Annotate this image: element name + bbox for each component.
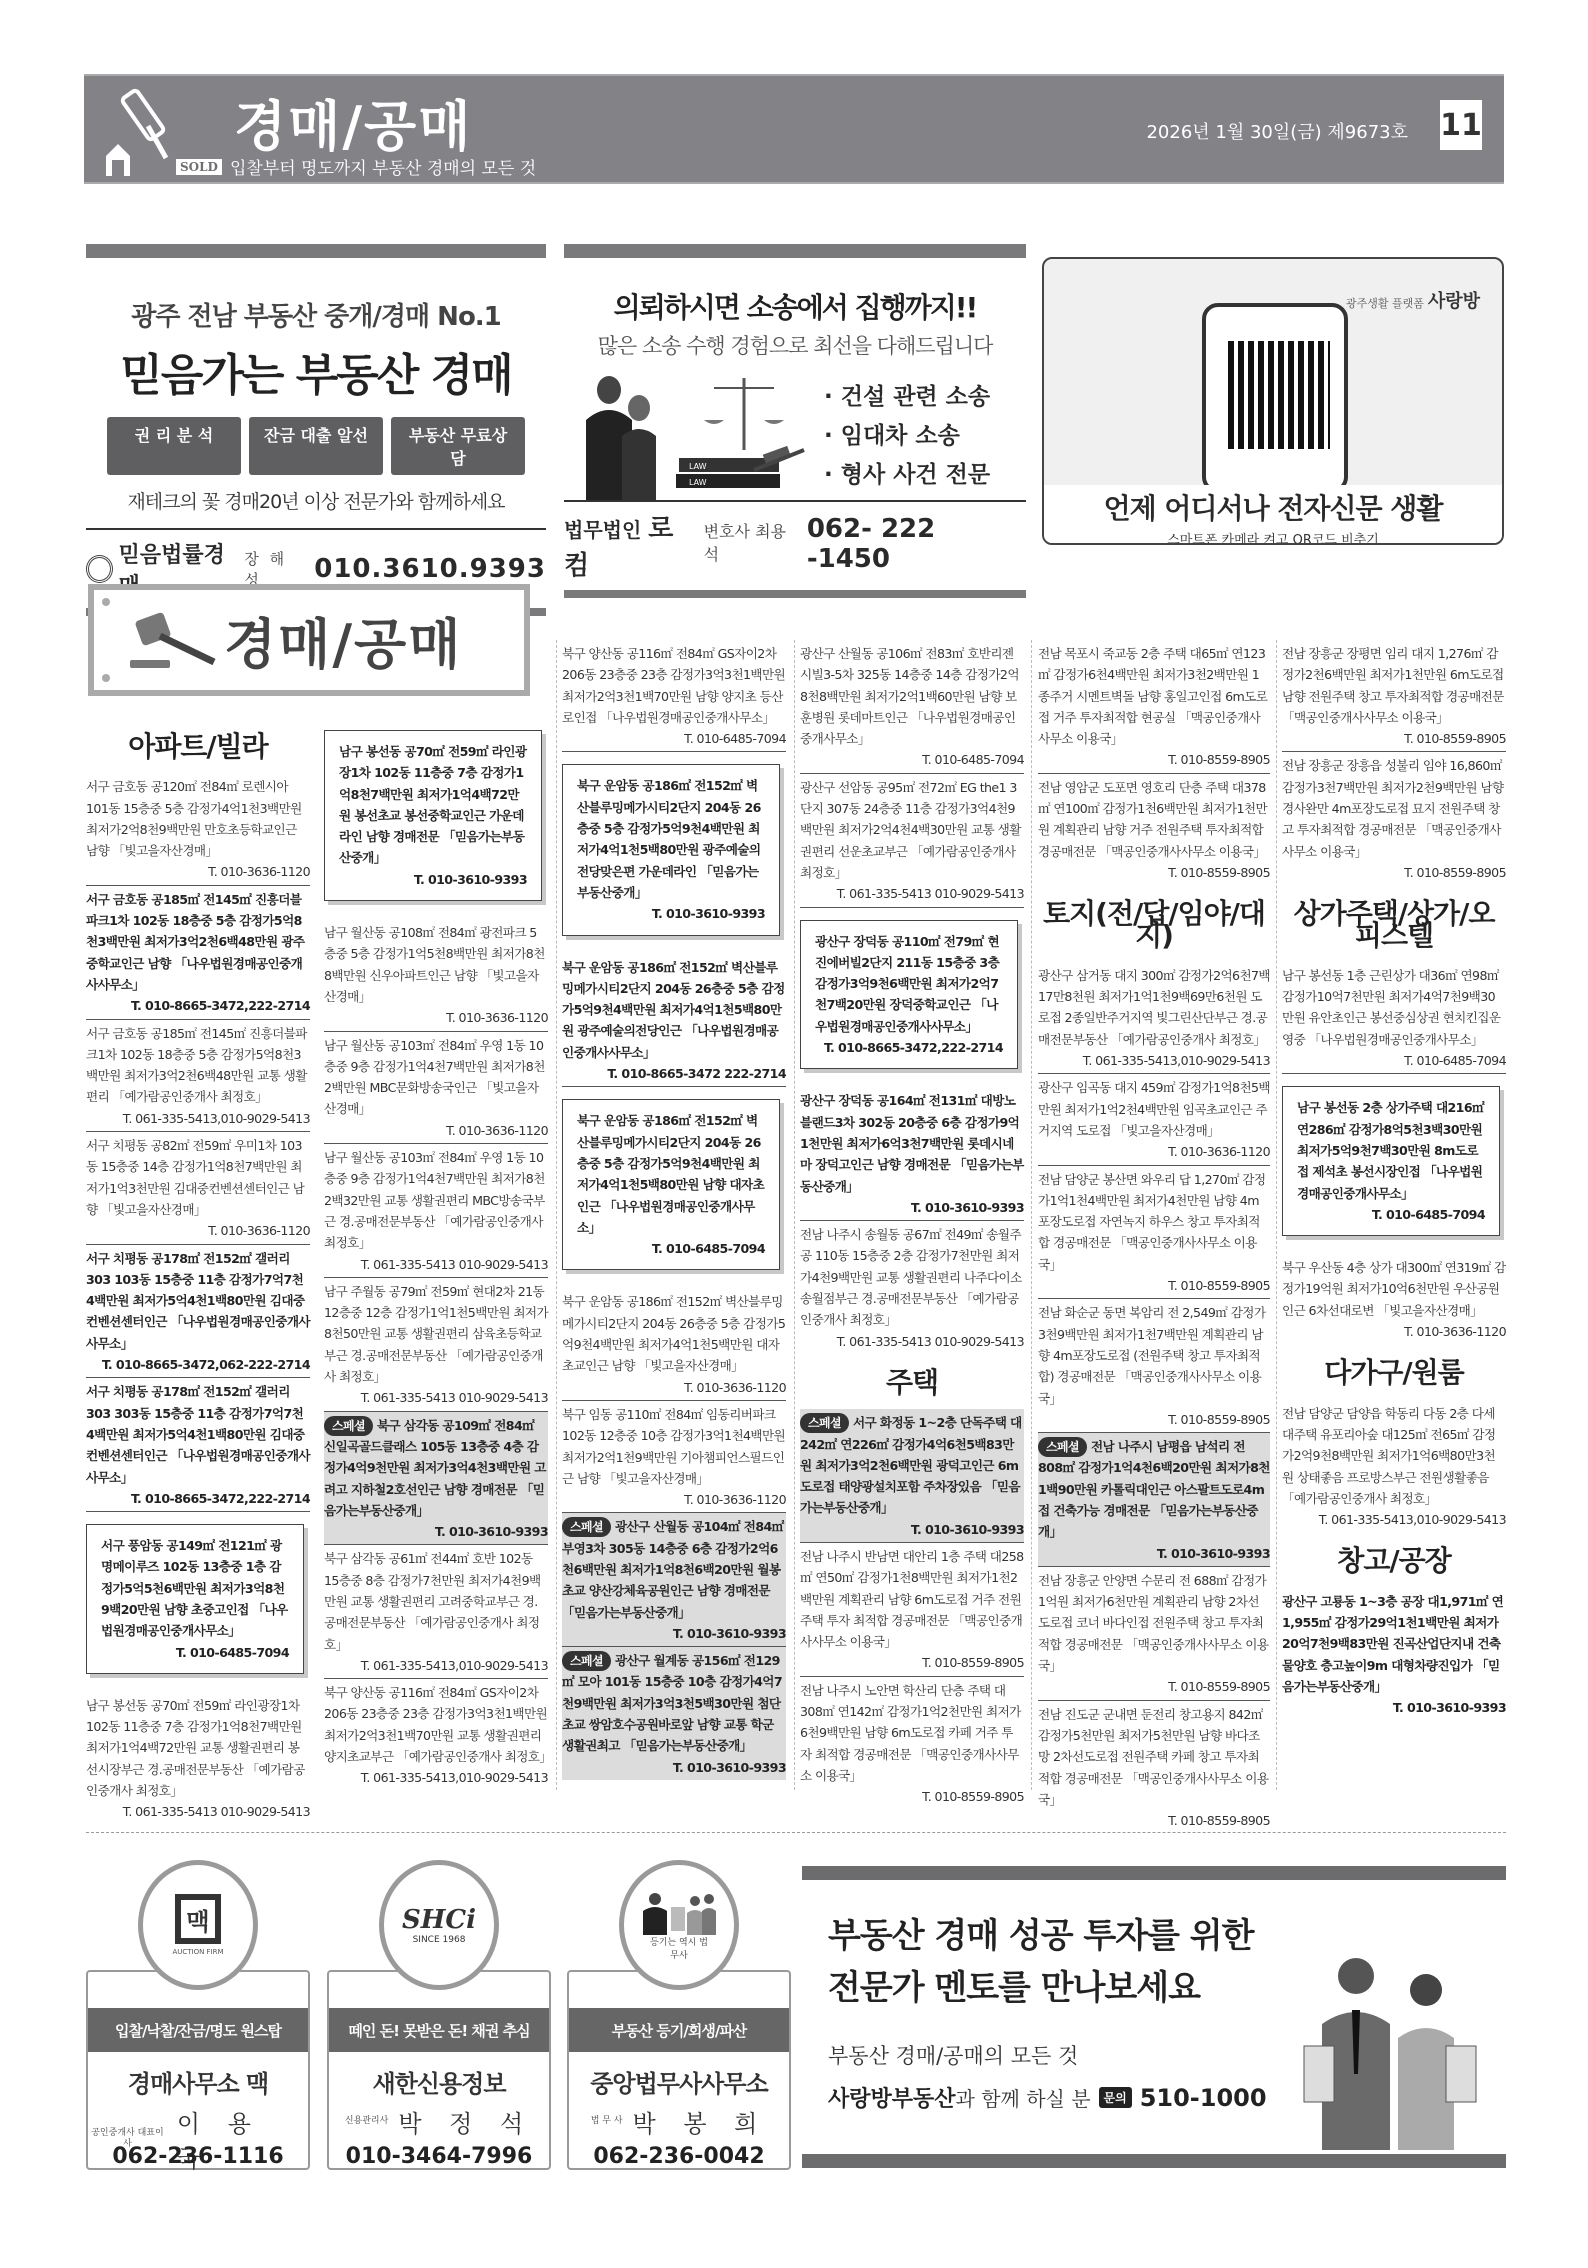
card-role: 신용관리사 [345, 2116, 388, 2127]
listing-phone[interactable]: T. 061-335-5413 010-9029-5413 [324, 1387, 548, 1408]
column-divider [1031, 640, 1032, 1790]
listing-text: 서구 치평동 공82㎡ 전59㎡ 우미1차 103동 15층중 14층 감정가1… [86, 1138, 304, 1217]
listing-item[interactable]: 전남 목포시 죽교동 2층 주택 대65㎡ 연123㎡ 감정가6천4백만원 최저… [1038, 640, 1270, 774]
listing-text: 북구 운암동 공186㎡ 전152㎡ 벽산블루밍메가시티2단지 204동 26층… [577, 778, 761, 899]
sold-badge: SOLD [176, 159, 222, 175]
listing-item[interactable]: 남구 주월동 공79㎡ 전59㎡ 현대2차 21동 12층중 12층 감정가1억… [324, 1278, 548, 1412]
card-person: 박 봉 희 [633, 2104, 768, 2139]
special-badge: 스페셜 [324, 1416, 373, 1436]
ad-tags: 권 리 분 석 잔금 대출 알선 부동산 무료상담 [86, 417, 546, 475]
listing-phone[interactable]: T. 010-8559-8905 [1282, 728, 1506, 749]
listing-phone[interactable]: T. 010-8665-3472,222-2714 [86, 1488, 310, 1509]
phone[interactable]: 010.3610.9393 [314, 554, 546, 584]
ad-e-newspaper-qr[interactable]: 광주생활 플랫폼사랑방 언제 어디서나 전자신문 생활 스마트폰 카메라 켜고 … [1042, 257, 1504, 545]
scales-gavel-icon: LAW LAW [564, 370, 824, 500]
listing-text: 전남 장흥군 장흥읍 성불리 임야 16,860㎡ 감정가3천7백만원 최저가2… [1282, 758, 1504, 858]
listing-item[interactable]: 광산구 삼거동 대지 300㎡ 감정가2억6천7백17만8천원 최저가1억1천9… [1038, 962, 1270, 1074]
service-item: · 건설 관련 소송 [824, 378, 1026, 411]
services-list: · 건설 관련 소송 · 임대차 소송 · 형사 사건 전문 [824, 370, 1026, 500]
ad-lawcom[interactable]: 의뢰하시면 소송에서 집행까지!! 많은 소송 수행 경험으로 최선을 다해드립… [564, 244, 1026, 544]
ad-title: 믿음가는 부동산 경매 [86, 339, 546, 403]
listing-text: 전남 목포시 죽교동 2층 주택 대65㎡ 연123㎡ 감정가6천4백만원 최저… [1038, 646, 1267, 746]
listing-item[interactable]: 남구 봉선동 2층 상가주택 대216㎡ 연286㎡ 감정가8억5천3백30만원… [1282, 1086, 1500, 1236]
card-name: 중앙법무사사무소 [569, 2064, 789, 2099]
column-2: 남구 봉선동 공70㎡ 전59㎡ 라인광장1차 102동 11층중 7층 감정가… [324, 718, 548, 1791]
listing-item[interactable]: 남구 월산동 공103㎡ 전84㎡ 우영 1동 10층중 9층 감정가1억4천7… [324, 1032, 548, 1144]
listing-item[interactable]: 남구 봉선동 공70㎡ 전59㎡ 라인광장1차 102동 11층중 7층 감정가… [324, 730, 542, 901]
masthead-subtitle: 입찰부터 명도까지 부동산 경매의 모든 것 [230, 154, 536, 179]
listing-item[interactable]: 북구 운암동 공186㎡ 전152㎡ 벽산블루밍메가시티2단지 204동 26층… [562, 1099, 780, 1270]
card-person: 박 정 석 [398, 2104, 533, 2139]
listing-phone[interactable]: T. 010-8559-8905 [1038, 862, 1270, 883]
listing-phone[interactable]: T. 061-335-5413 010-9029-5413 [324, 1254, 548, 1275]
listing-text: 북구 삼각동 공61㎡ 전44㎡ 호반 102동 15층중 8층 감정가7천만원… [324, 1551, 541, 1651]
listing-phone[interactable]: T. 010-8559-8905 [1038, 1409, 1270, 1430]
listing-text: 남구 월산동 공103㎡ 전84㎡ 우영 1동 10층중 9층 감정가1억4천7… [324, 1038, 545, 1117]
listing-item[interactable]: 남구 월산동 공103㎡ 전84㎡ 우영 1동 10층중 9층 감정가1억4천7… [324, 1144, 548, 1278]
listing-phone[interactable]: T. 010-3610-9393 [562, 1623, 786, 1644]
lawyer-name: 변호사 최용석 [704, 519, 801, 565]
listing-text: 광산구 장덕동 공164㎡ 전131㎡ 대방노블랜드3차 302동 20층중 6… [800, 1093, 1024, 1193]
listing-text: 북구 양산동 공116㎡ 전84㎡ GS자이2차 206동 23층중 23층 감… [324, 1685, 551, 1764]
listing-text: 전남 진도군 군내면 둔전리 창고용지 842㎡ 감정가5천만원 최저가5천만원… [1038, 1707, 1268, 1807]
category-title: 상가주택/상가/오피스텔 [1282, 903, 1506, 946]
card-role: 법 무 사 [591, 2116, 623, 2127]
listing-text: 광산구 임곡동 대지 459㎡ 감정가1억8천5백만원 최저가1억2천4백만원 … [1038, 1080, 1270, 1138]
smartphone-icon [1202, 303, 1348, 493]
listing-item[interactable]: 전남 장흥군 장평면 임리 대지 1,276㎡ 감정가2천6백만원 최저가1천만… [1282, 640, 1506, 752]
listing-phone[interactable]: T. 010-6485-7094 [577, 1238, 765, 1259]
listing-item[interactable]: 북구 우산동 4층 상가 대300㎡ 연319㎡ 감정가19억원 최저가10억6… [1282, 1254, 1506, 1344]
listing-text: 서구 풍암동 공149㎡ 전121㎡ 광명메이루즈 102동 13층중 1층 감… [101, 1538, 288, 1638]
listing-phone[interactable]: T. 010-8559-8905 [1038, 1676, 1270, 1697]
service-item: · 형사 사건 전문 [824, 456, 1026, 489]
listing-phone[interactable]: T. 010-8559-8905 [1038, 749, 1270, 770]
column-3: 북구 양산동 공116㎡ 전84㎡ GS자이2차 206동 23층중 23층 감… [562, 640, 786, 1780]
listing-phone[interactable]: T. 010-3610-9393 [577, 903, 765, 924]
inquiry-badge: 문의 [1099, 2087, 1132, 2108]
listing-text: 북구 임동 공110㎡ 전84㎡ 임동리버파크 102동 12층중 10층 감정… [562, 1407, 785, 1486]
listing-text: 전남 나주시 송월동 공67㎡ 전49㎡ 송월주공 110동 15층중 2층 감… [800, 1227, 1022, 1327]
listing-item[interactable]: 스페셜광산구 월계동 공156㎡ 전129㎡ 모아 101동 15층중 10층 … [562, 1647, 786, 1780]
listing-item[interactable]: 전남 나주시 반남면 대안리 1층 주택 대258㎡ 연50㎡ 감정가1천8백만… [800, 1543, 1024, 1677]
listing-phone[interactable]: T. 061-335-5413,010-9029-5413 [324, 1767, 548, 1788]
logo-circle: 맥 AUCTION FIRM [138, 1860, 258, 1990]
listing-text: 광산구 삼거동 대지 300㎡ 감정가2억6천7백17만8천원 최저가1억1천9… [1038, 968, 1270, 1047]
card-saehan-credit[interactable]: SHCi SINCE 1968 떼인 돈! 못받은 돈! 채권 추심 새한신용정… [327, 1860, 551, 2170]
card-phone[interactable]: 010-3464-7996 [329, 2144, 549, 2169]
brand: 사랑방부동산 [828, 2087, 956, 2112]
listing-text: 광산구 산월동 공106㎡ 전83㎡ 호반리젠시빌3-5차 325동 14층중 … [800, 646, 1019, 746]
masthead: 경매/공매 SOLD 입찰부터 명도까지 부동산 경매의 모든 것 2026년 … [84, 74, 1504, 184]
ad-footer: 법무법인 로컴 변호사 최용석 062- 222 -1450 [564, 500, 1026, 582]
listing-item[interactable]: 스페셜북구 삼각동 공109㎡ 전84㎡ 신일곡골드클래스 105동 13층중 … [324, 1412, 548, 1546]
column-4: 광산구 산월동 공106㎡ 전83㎡ 호반리젠시빌3-5차 325동 14층중 … [800, 640, 1024, 1810]
logo-subtext: 등기는 역시 법무사 [649, 1935, 709, 1961]
logo-subtext: AUCTION FIRM [172, 1948, 223, 1956]
special-badge: 스페셜 [562, 1651, 611, 1671]
listing-item[interactable]: 전남 나주시 송월동 공67㎡ 전49㎡ 송월주공 110동 15층중 2층 감… [800, 1221, 1024, 1354]
listing-item[interactable]: 광산구 산월동 공106㎡ 전83㎡ 호반리젠시빌3-5차 325동 14층중 … [800, 640, 1024, 774]
listing-item[interactable]: 광산구 임곡동 대지 459㎡ 감정가1억8천5백만원 최저가1억2천4백만원 … [1038, 1074, 1270, 1165]
listing-text: 광산구 선암동 공95㎡ 전72㎡ EG the1 3단지 307동 24층중 … [800, 780, 1021, 880]
listing-item[interactable]: 서구 풍암동 공149㎡ 전121㎡ 광명메이루즈 102동 13층중 1층 감… [86, 1524, 304, 1674]
listing-item[interactable]: 전남 담양군 봉산면 와우리 답 1,270㎡ 감정가1억1천4백만원 최저가4… [1038, 1166, 1270, 1300]
ad-bottom-bar [564, 590, 1026, 598]
law-book-label: LAW [689, 462, 707, 471]
category-title: 주택 [800, 1372, 1024, 1393]
listing-item[interactable]: 북구 삼각동 공61㎡ 전44㎡ 호반 102동 15층중 8층 감정가7천만원… [324, 1545, 548, 1679]
qr-code[interactable] [1228, 341, 1330, 449]
listing-phone[interactable]: T. 010-3636-1120 [1282, 1321, 1506, 1342]
listing-item[interactable]: 전남 화순군 동면 복암리 전 2,549㎡ 감정가3천9백만원 최저가1천7백… [1038, 1299, 1270, 1433]
card-name: 경매사무소 맥 [88, 2064, 308, 2099]
ad-sarangbang-mentor[interactable]: 부동산 경매 성공 투자를 위한 전문가 멘토를 만나보세요 부동산 경매/공매… [802, 1866, 1506, 2168]
gavel-icon [124, 610, 220, 674]
listing-phone[interactable]: T. 010-3610-9393 [800, 1197, 1024, 1218]
phone[interactable]: 510-1000 [1140, 2084, 1267, 2112]
column-divider [1276, 640, 1277, 1790]
special-badge: 스페셜 [800, 1413, 849, 1433]
listing-item[interactable]: 남구 봉선동 1층 근린상가 대36㎡ 연98㎡ 감정가10억7천만원 최저가4… [1282, 962, 1506, 1074]
listing-phone[interactable]: T. 010-8559-8905 [1282, 862, 1506, 883]
listing-text: 서구 치평동 공178㎡ 전152㎡ 갤러리303 303동 15층중 11층 … [86, 1384, 310, 1484]
category-title: 토지(전/답/임야/대지) [1038, 903, 1270, 946]
card-name: 새한신용정보 [329, 2064, 549, 2099]
listing-phone[interactable]: T. 010-8665-3472,222-2714 [815, 1037, 1003, 1058]
listing-text: 남구 봉선동 1층 근린상가 대36㎡ 연98㎡ 감정가10억7천만원 최저가4… [1282, 968, 1500, 1047]
ad-mideum-auction[interactable]: 광주 전남 부동산 중개/경매 No.1 믿음가는 부동산 경매 권 리 분 석… [86, 244, 546, 544]
card-phone[interactable]: 062-236-0042 [569, 2144, 789, 2169]
card-strip: 입찰/낙찰/잔금/명도 원스탑 [88, 2008, 308, 2052]
listing-item[interactable]: 광산구 장덕동 공164㎡ 전131㎡ 대방노블랜드3차 302동 20층중 6… [800, 1087, 1024, 1221]
listing-text: 북구 운암동 공186㎡ 전152㎡ 벽산블루밍메가시티2단지 204동 26층… [577, 1113, 764, 1234]
ad-description: 재테크의 꽃 경매20년 이상 전문가와 함께하세요 [86, 487, 546, 514]
listing-item[interactable]: 광산구 고룡동 1~3층 공장 대1,971㎡ 연1,955㎡ 감정가29억1천… [1282, 1588, 1506, 1721]
listing-phone[interactable]: T. 010-3610-9393 [800, 1519, 1024, 1540]
listing-text: 북구 우산동 4층 상가 대300㎡ 연319㎡ 감정가19억원 최저가10억6… [1282, 1260, 1506, 1318]
card-strip: 부동산 등기/회생/파산 [569, 2008, 789, 2052]
listing-text: 광산구 장덕동 공110㎡ 전79㎡ 현진에버빌2단지 211동 15층중 3층… [815, 934, 999, 1034]
listing-phone[interactable]: T. 061-335-5413 010-9029-5413 [800, 1331, 1024, 1352]
listing-item[interactable]: 스페셜전남 나주시 남평읍 남석리 전 808㎡ 감정가1억4천6백20만원 최… [1038, 1433, 1270, 1567]
listing-phone[interactable]: T. 010-3636-1120 [562, 1377, 786, 1398]
listing-phone[interactable]: T. 010-3610-9393 [562, 1757, 786, 1778]
listing-text: 남구 봉선동 공70㎡ 전59㎡ 라인광장1차 102동 11층중 7층 감정가… [339, 744, 526, 865]
listing-item[interactable]: 전남 나주시 노안면 학산리 단층 주택 대308㎡ 연142㎡ 감정가1억2천… [800, 1677, 1024, 1810]
lawyers-illustration: LAW LAW [564, 370, 824, 500]
listing-item[interactable]: 서구 금호동 공185㎡ 전145㎡ 진흥더블파크1차 102동 18층중 5층… [86, 1020, 310, 1132]
ad-bottom-bar [802, 2154, 1506, 2168]
listing-phone[interactable]: T. 010-3610-9393 [1038, 1543, 1270, 1564]
listing-text: 전남 나주시 노안면 학산리 단층 주택 대308㎡ 연142㎡ 감정가1억2천… [800, 1683, 1021, 1783]
listing-item[interactable]: 서구 치평동 공82㎡ 전59㎡ 우미1차 103동 15층중 14층 감정가1… [86, 1132, 310, 1244]
listing-phone[interactable]: T. 061-335-5413 010-9029-5413 [86, 1801, 310, 1822]
firm-name: 법무법인 로컴 [564, 508, 698, 582]
card-phone[interactable]: 062-236-1116 [88, 2144, 308, 2169]
listing-phone[interactable]: T. 010-6485-7094 [1297, 1204, 1485, 1225]
masthead-subtitle-row: SOLD 입찰부터 명도까지 부동산 경매의 모든 것 [176, 154, 536, 179]
mac-logo-icon: 맥 [175, 1894, 221, 1944]
listing-text: 서구 금호동 공185㎡ 전145㎡ 진흥더블파크1차 102동 18층중 5층… [86, 892, 304, 992]
listing-text: 전남 화순군 동면 복암리 전 2,549㎡ 감정가3천9백만원 최저가1천7백… [1038, 1305, 1265, 1405]
listing-phone[interactable]: T. 010-8665-3472,222-2714 [86, 995, 310, 1016]
ad-headline: 의뢰하시면 소송에서 집행까지!! [564, 286, 1026, 326]
card-mac-auction[interactable]: 맥 AUCTION FIRM 입찰/낙찰/잔금/명도 원스탑 경매사무소 맥 공… [86, 1860, 310, 2170]
svg-text:LAW: LAW [689, 478, 707, 487]
listing-phone[interactable]: T. 010-8559-8905 [1038, 1810, 1270, 1831]
listing-item[interactable]: 북구 운암동 공186㎡ 전152㎡ 벽산블루밍메가시티2단지 204동 26층… [562, 764, 780, 935]
logo-circle: SHCi SINCE 1968 [379, 1860, 499, 1990]
listing-text: 광산구 고룡동 1~3층 공장 대1,971㎡ 연1,955㎡ 감정가29억1천… [1282, 1594, 1503, 1694]
listing-phone[interactable]: T. 061-335-5413,010-9029-5413 [86, 1108, 310, 1129]
listing-text: 북구 운암동 공186㎡ 전152㎡ 벽산블루밍메가시티2단지 204동 26층… [562, 960, 785, 1060]
listing-text: 전남 영암군 도포면 영호리 단층 주택 대378㎡ 연100㎡ 감정가1천6백… [1038, 780, 1267, 859]
listing-item[interactable]: 북구 운암동 공186㎡ 전152㎡ 벽산블루밍메가시티2단지 204동 26층… [562, 1288, 786, 1400]
listing-item[interactable]: 서구 치평동 공178㎡ 전152㎡ 갤러리303 103동 15층중 11층 … [86, 1245, 310, 1379]
listing-item[interactable]: 스페셜광산구 산월동 공104㎡ 전84㎡ 부영3차 305동 14층중 6층 … [562, 1513, 786, 1647]
listing-phone[interactable]: T. 010-3636-1120 [86, 1220, 310, 1241]
category-title: 다가구/원룸 [1282, 1362, 1506, 1383]
seal-icon [86, 555, 113, 583]
card-strip: 떼인 돈! 못받은 돈! 채권 추심 [329, 2008, 549, 2052]
listing-phone[interactable]: T. 010-8665-3472,062-222-2714 [86, 1354, 310, 1375]
listing-item[interactable]: 남구 월산동 공108㎡ 전84㎡ 광전파크 5층중 5층 감정가1억5천8백만… [324, 919, 548, 1031]
ad-top-bar [564, 244, 1026, 258]
column-divider [556, 640, 557, 1790]
ad-top-bar [802, 1866, 1506, 1880]
listing-phone[interactable]: T. 010-6485-7094 [101, 1642, 289, 1663]
ad-top-bar [86, 244, 546, 258]
listing-phone[interactable]: T. 061-335-5413 010-9029-5413 [800, 883, 1024, 904]
listing-text: 남구 봉선동 2층 상가주택 대216㎡ 연286㎡ 감정가8억5천3백30만원… [1297, 1100, 1484, 1200]
listing-text: 서구 금호동 공185㎡ 전145㎡ 진흥더블파크1차 102동 18층중 5층… [86, 1026, 307, 1105]
shci-logo-icon: SHCi [402, 1905, 476, 1935]
listing-phone[interactable]: T. 010-3636-1120 [1038, 1141, 1270, 1162]
listing-text: 북구 운암동 공186㎡ 전152㎡ 벽산블루밍메가시티2단지 204동 26층… [562, 1294, 785, 1373]
column-1: 아파트/빌라서구 금호동 공120㎡ 전84㎡ 로렌시아 101동 15층중 5… [86, 718, 310, 1825]
service-item: · 임대차 소송 [824, 417, 1026, 450]
listing-item[interactable]: 전남 담양군 담양읍 학동리 다동 2층 다세대주택 유포리아숲 대125㎡ 전… [1282, 1400, 1506, 1533]
section-divider [86, 1832, 1506, 1833]
listing-phone[interactable]: T. 010-3610-9393 [1282, 1697, 1506, 1718]
ad-subhead: 많은 소송 수행 경험으로 최선을 다해드립니다 [564, 330, 1026, 360]
listing-text: 전남 담양군 봉산면 와우리 답 1,270㎡ 감정가1억1천4백만원 최저가4… [1038, 1172, 1265, 1272]
listing-text: 전남 나주시 반남면 대안리 1층 주택 대258㎡ 연50㎡ 감정가1천8백만… [800, 1549, 1024, 1649]
special-badge: 스페셜 [1038, 1437, 1087, 1457]
category-title: 창고/공장 [1282, 1550, 1506, 1571]
listing-text: 남구 주월동 공79㎡ 전59㎡ 현대2차 21동 12층중 12층 감정가1억… [324, 1284, 548, 1384]
listing-phone[interactable]: T. 010-8559-8905 [1038, 1275, 1270, 1296]
ad-headline: 언제 어디서나 전자신문 생활 [1044, 487, 1502, 527]
listing-phone[interactable]: T. 061-335-5413,010-9029-5413 [324, 1655, 548, 1676]
listing-phone[interactable]: T. 061-335-5413,010-9029-5413 [1038, 1050, 1270, 1071]
listing-phone[interactable]: T. 010-3610-9393 [339, 869, 527, 890]
listing-phone[interactable]: T. 010-8665-3472 222-2714 [562, 1063, 786, 1084]
tag-loan: 잔금 대출 알선 [249, 417, 383, 475]
gavel-house-icon [104, 86, 184, 176]
section-header-plate: 경매/공매 [88, 584, 530, 696]
listing-text: 서구 치평동 공178㎡ 전152㎡ 갤러리303 103동 15층중 11층 … [86, 1251, 310, 1351]
category-title: 아파트/빌라 [86, 736, 310, 757]
listing-item[interactable]: 스페셜서구 화정동 1~2층 단독주택 대242㎡ 연226㎡ 감정가4억6천5… [800, 1409, 1024, 1543]
listing-phone[interactable]: T. 010-3636-1120 [562, 1489, 786, 1510]
issue-date: 2026년 1월 30일(금) 제9673호 [1146, 118, 1408, 144]
listing-phone[interactable]: T. 010-3636-1120 [86, 861, 310, 882]
listing-phone[interactable]: T. 010-6485-7094 [562, 728, 786, 749]
listing-text: 전남 장흥군 장평면 임리 대지 1,276㎡ 감정가2천6백만원 최저가1천만… [1282, 646, 1504, 725]
phone[interactable]: 062- 222 -1450 [807, 514, 1026, 574]
listing-item[interactable]: 남구 봉선동 공70㎡ 전59㎡ 라인광장1차 102동 11층중 7층 감정가… [86, 1692, 310, 1825]
listing-item[interactable]: 광산구 선암동 공95㎡ 전72㎡ EG the1 3단지 307동 24층중 … [800, 774, 1024, 908]
listing-phone[interactable]: T. 010-6485-7094 [800, 749, 1024, 770]
column-6: 전남 장흥군 장평면 임리 대지 1,276㎡ 감정가2천6백만원 최저가1천만… [1282, 640, 1506, 1720]
listing-text: 전남 장흥군 안양면 수문리 전 688㎡ 감정가1억원 최저가6천만원 계획관… [1038, 1573, 1268, 1673]
tag-free-consult: 부동산 무료상담 [391, 417, 525, 475]
listing-text: 남구 봉선동 공70㎡ 전59㎡ 라인광장1차 102동 11층중 7층 감정가… [86, 1698, 305, 1798]
ad-headline: 광주 전남 부동산 중개/경매 No.1 [86, 296, 546, 333]
listing-phone[interactable]: T. 010-3636-1120 [324, 1007, 548, 1028]
listing-text: 서구 금호동 공120㎡ 전84㎡ 로렌시아 101동 15층중 5층 감정가4… [86, 779, 302, 858]
masthead-title: 경매/공매 [234, 84, 472, 161]
listing-text: 남구 월산동 공103㎡ 전84㎡ 우영 1동 10층중 9층 감정가1억4천7… [324, 1150, 545, 1250]
listing-item[interactable]: 서구 금호동 공120㎡ 전84㎡ 로렌시아 101동 15층중 5층 감정가4… [86, 773, 310, 885]
logo-subtext: SINCE 1968 [413, 1935, 466, 1945]
listing-item[interactable]: 전남 진도군 군내면 둔전리 창고용지 842㎡ 감정가5천만원 최저가5천만원… [1038, 1701, 1270, 1834]
column-5: 전남 목포시 죽교동 2층 주택 대65㎡ 연123㎡ 감정가6천4백만원 최저… [1038, 640, 1270, 1833]
listing-phone[interactable]: T. 010-8559-8905 [800, 1786, 1024, 1807]
page-number: 11 [1440, 100, 1482, 150]
listing-item[interactable]: 전남 장흥군 안양면 수문리 전 688㎡ 감정가1억원 최저가6천만원 계획관… [1038, 1567, 1270, 1701]
rivet-icon [102, 598, 110, 606]
special-badge: 스페셜 [562, 1517, 611, 1537]
rivet-icon [102, 674, 110, 682]
column-divider [794, 640, 795, 1790]
listing-phone[interactable]: T. 010-6485-7094 [1282, 1050, 1506, 1071]
card-jungang-law[interactable]: 등기는 역시 법무사 부동산 등기/회생/파산 중앙법무사사무소 법 무 사박 … [567, 1860, 791, 2170]
listing-text: 전남 담양군 담양읍 학동리 다동 2층 다세대주택 유포리아숲 대125㎡ 전… [1282, 1406, 1495, 1506]
business-people-illustration [1286, 1954, 1486, 2150]
listing-item[interactable]: 전남 장흥군 장흥읍 성불리 임야 16,860㎡ 감정가3천7백만원 최저가2… [1282, 752, 1506, 885]
listing-text: 남구 월산동 공108㎡ 전84㎡ 광전파크 5층중 5층 감정가1억5천8백만… [324, 925, 545, 1004]
listing-item[interactable]: 광산구 장덕동 공110㎡ 전79㎡ 현진에버빌2단지 211동 15층중 3층… [800, 920, 1018, 1070]
meeting-illustration-icon [639, 1889, 719, 1935]
listing-phone[interactable]: T. 010-3610-9393 [324, 1521, 548, 1542]
ad-caption: 스마트폰 카메라 켜고 QR코드 비추기 [1044, 529, 1502, 545]
section-header-title: 경매/공매 [224, 602, 462, 679]
listing-item[interactable]: 북구 양산동 공116㎡ 전84㎡ GS자이2차 206동 23층중 23층 감… [324, 1679, 548, 1790]
listing-item[interactable]: 전남 영암군 도포면 영호리 단층 주택 대378㎡ 연100㎡ 감정가1천6백… [1038, 774, 1270, 885]
listing-text: 북구 양산동 공116㎡ 전84㎡ GS자이2차 206동 23층중 23층 감… [562, 646, 785, 725]
listing-item[interactable]: 서구 금호동 공185㎡ 전145㎡ 진흥더블파크1차 102동 18층중 5층… [86, 886, 310, 1020]
listing-phone[interactable]: T. 061-335-5413,010-9029-5413 [1282, 1509, 1506, 1530]
listing-phone[interactable]: T. 010-8559-8905 [800, 1652, 1024, 1673]
brand: 광주생활 플랫폼사랑방 [1346, 287, 1480, 313]
listing-item[interactable]: 북구 임동 공110㎡ 전84㎡ 임동리버파크 102동 12층중 10층 감정… [562, 1401, 786, 1513]
tag-rights-analysis: 권 리 분 석 [107, 417, 241, 475]
logo-circle: 등기는 역시 법무사 [619, 1860, 739, 1990]
listing-item[interactable]: 서구 치평동 공178㎡ 전152㎡ 갤러리303 303동 15층중 11층 … [86, 1378, 310, 1512]
listing-item[interactable]: 북구 양산동 공116㎡ 전84㎡ GS자이2차 206동 23층중 23층 감… [562, 640, 786, 752]
listing-phone[interactable]: T. 010-3636-1120 [324, 1120, 548, 1141]
listing-item[interactable]: 북구 운암동 공186㎡ 전152㎡ 벽산블루밍메가시티2단지 204동 26층… [562, 954, 786, 1088]
